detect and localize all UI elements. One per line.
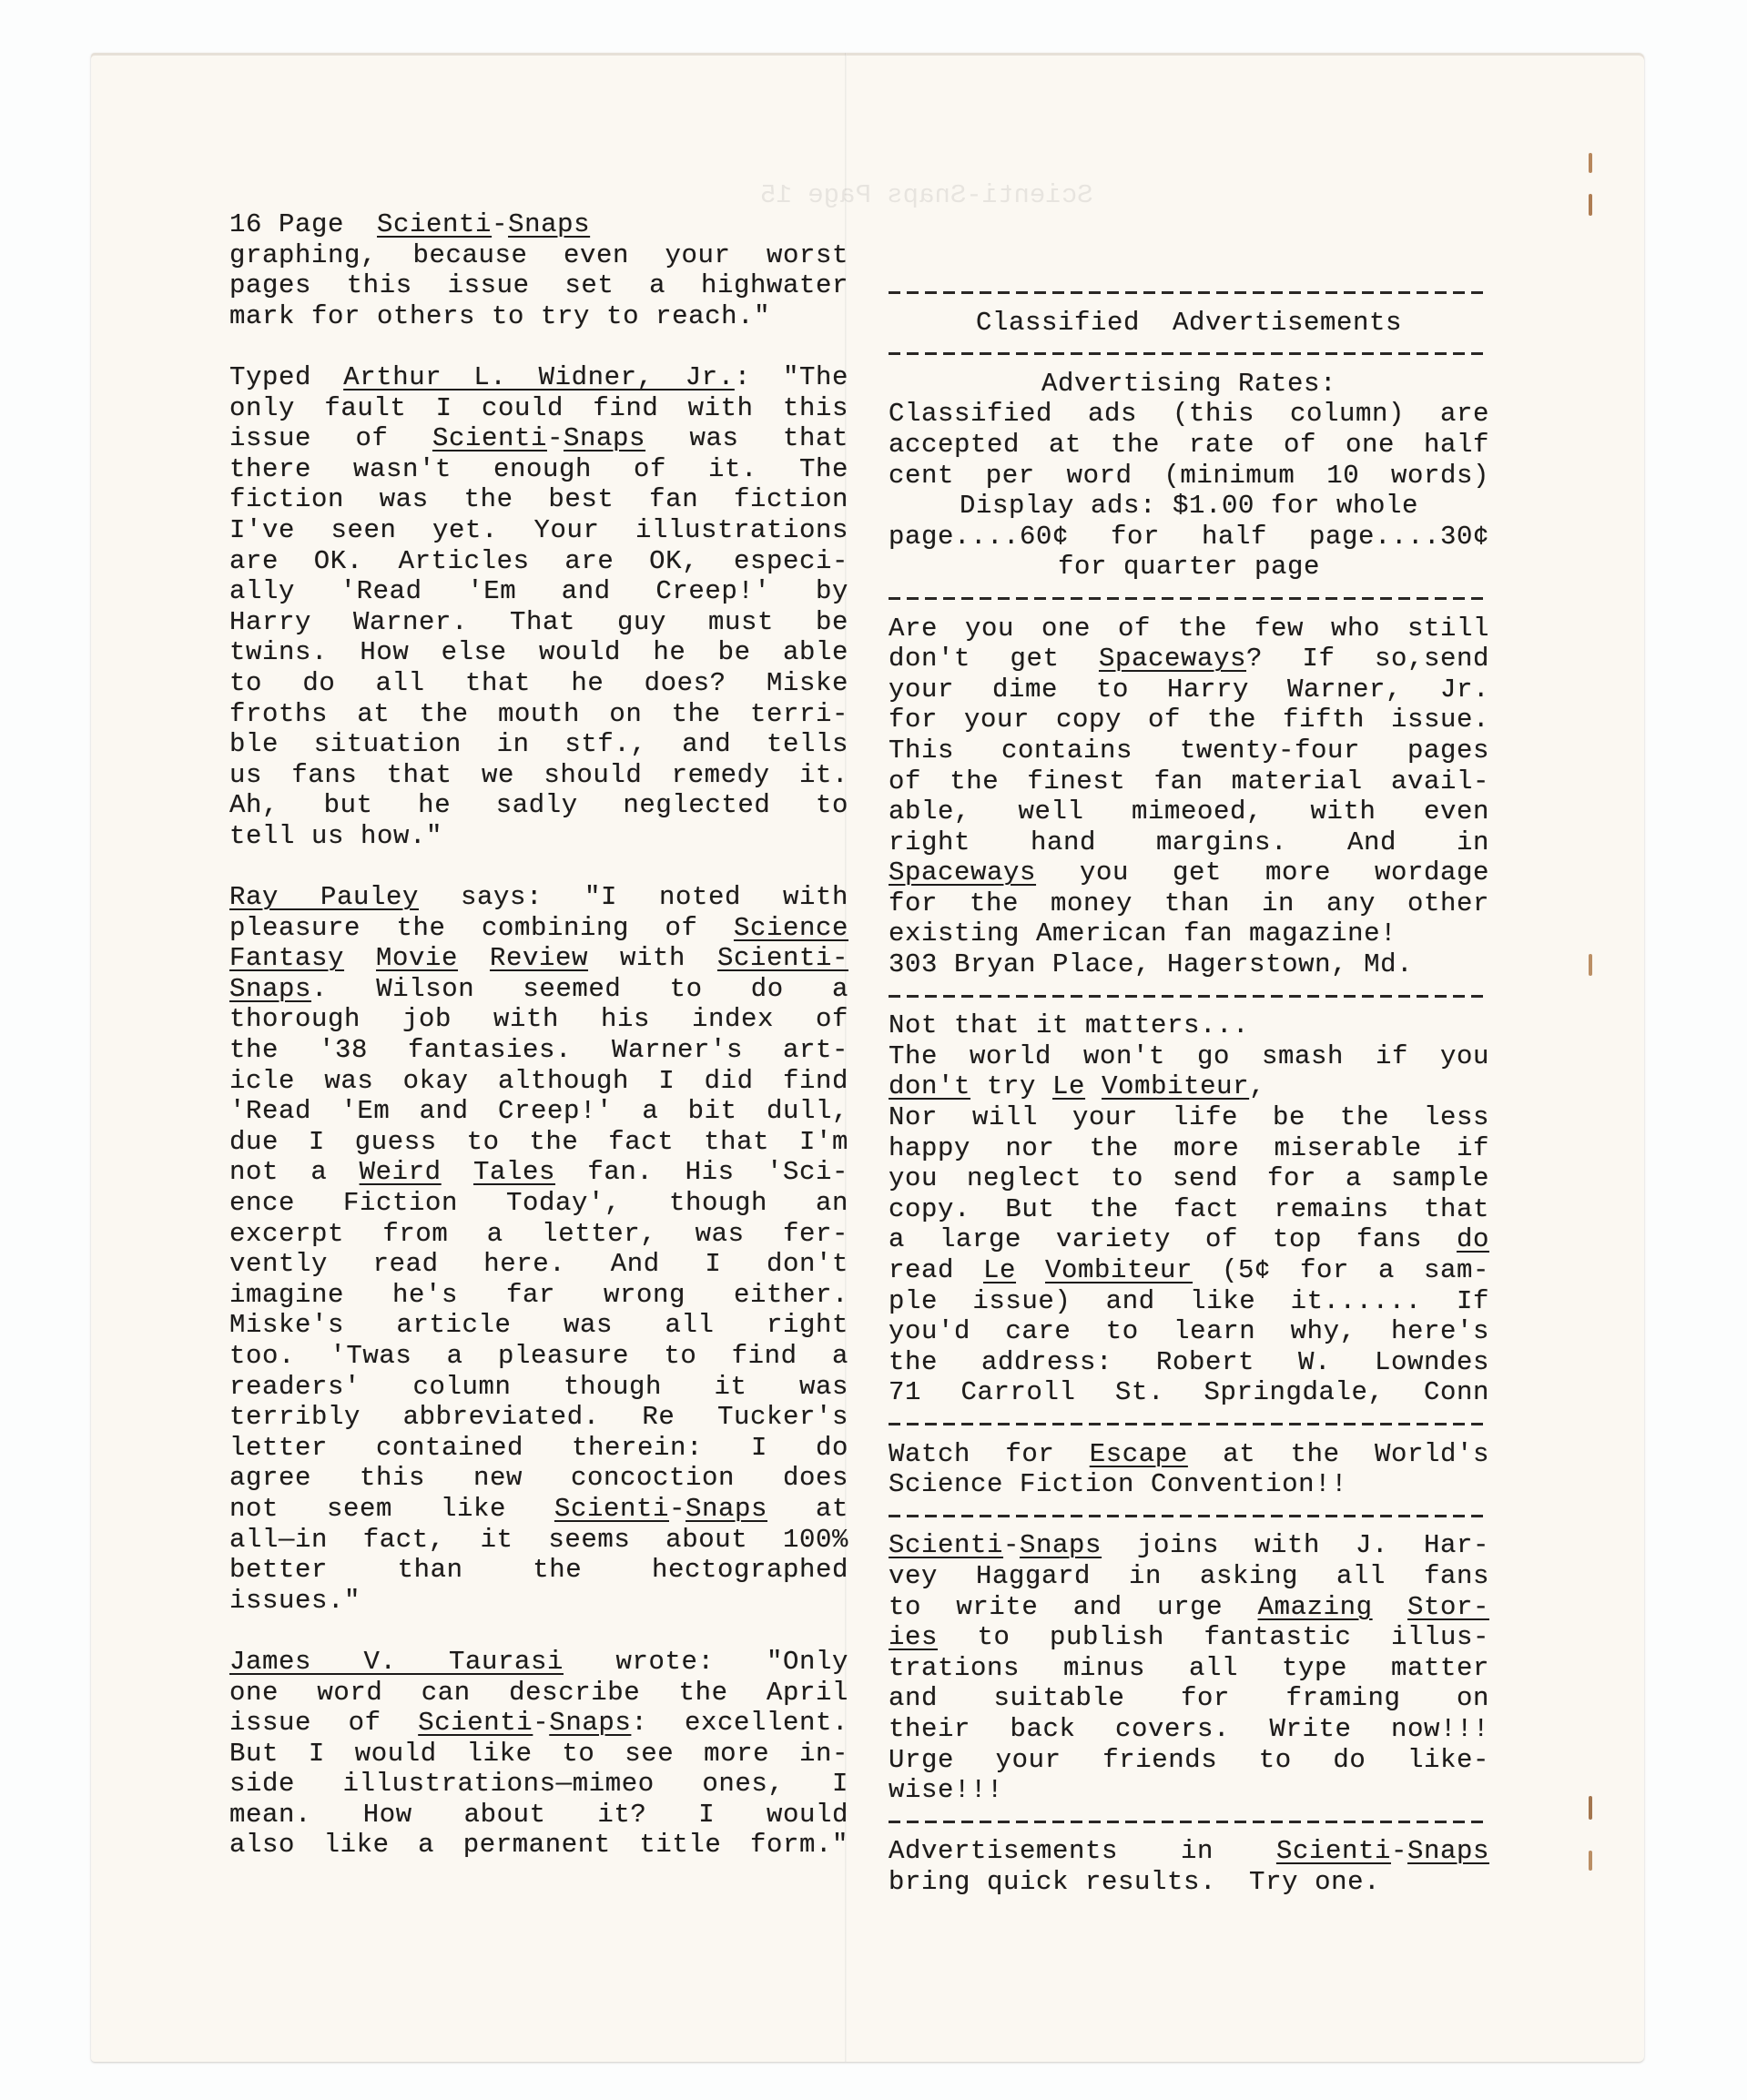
text-line: Classified Advertisements <box>889 308 1489 339</box>
text-line: one word can describe the April <box>229 1678 848 1709</box>
text-line: trations minus all type matter <box>889 1653 1489 1684</box>
text-line: Not that it matters... <box>889 1010 1489 1041</box>
underlined-title: Fantasy <box>229 943 344 973</box>
text-segment: trations minus all type matter <box>889 1653 1489 1683</box>
text-line: bring quick results. Try one. <box>889 1867 1489 1898</box>
dashed-divider <box>889 980 1489 1011</box>
text-segment: issue of <box>229 423 432 453</box>
text-segment: page....60¢ for half page....30¢ <box>889 522 1489 552</box>
underlined-title: Vombiteur <box>1045 1255 1193 1285</box>
text-segment: Classified Advertisements <box>976 308 1402 338</box>
text-line: of the finest fan material avail- <box>889 766 1489 797</box>
underlined-title: Le <box>983 1255 1016 1285</box>
text-segment: thorough job with his index of <box>229 1004 848 1034</box>
text-segment: mark for others to try to reach." <box>229 301 770 331</box>
text-line: ence Fiction Today', though an <box>229 1188 848 1219</box>
text-line: only fault I could find with this <box>229 393 848 424</box>
text-line: the '38 fantasies. Warner's art- <box>229 1035 848 1066</box>
text-segment: wrote: "Only <box>564 1647 848 1677</box>
text-segment: the '38 fantasies. Warner's art- <box>229 1035 848 1065</box>
text-segment: at the World's <box>1188 1439 1489 1469</box>
text-segment: ple issue) and like it...... If <box>889 1286 1489 1316</box>
text-line: Snaps. Wilson seemed to do a <box>229 974 848 1005</box>
text-segment: pleasure the combining of <box>229 913 734 943</box>
text-line: the address: Robert W. Lowndes <box>889 1347 1489 1378</box>
text-line: Classified ads (this column) are <box>889 399 1489 430</box>
underlined-title: Snaps <box>1020 1530 1102 1560</box>
text-segment <box>344 943 376 973</box>
text-segment: says: "I noted with <box>419 882 848 912</box>
underlined-title: Ray Pauley <box>229 882 419 912</box>
text-segment: - <box>669 1494 686 1524</box>
text-line: wise!!! <box>889 1775 1489 1806</box>
text-segment: pages this issue set a highwater <box>229 270 848 300</box>
text-line: issues." <box>229 1586 848 1617</box>
text-line: Display ads: $1.00 for whole <box>889 491 1489 522</box>
text-line: Watch for Escape at the World's <box>889 1439 1489 1470</box>
text-segment: right hand margins. And in <box>889 827 1489 857</box>
text-segment: joins with J. Har- <box>1102 1530 1489 1560</box>
text-line: issue of Scienti-Snaps was that <box>229 423 848 454</box>
text-segment: copy. But the fact remains that <box>889 1194 1489 1224</box>
text-segment: and suitable for framing on <box>889 1683 1489 1713</box>
text-segment: - <box>1003 1530 1020 1560</box>
text-segment: 16 Page <box>229 209 377 239</box>
text-segment: the address: Robert W. Lowndes <box>889 1347 1489 1377</box>
text-line: for quarter page <box>889 552 1489 583</box>
text-line: Harry Warner. That guy must be <box>229 607 848 638</box>
underlined-title: Snaps <box>508 209 590 239</box>
text-segment: Typed <box>229 362 343 392</box>
text-segment: , <box>1249 1071 1265 1101</box>
text-line: tell us how." <box>229 821 848 852</box>
text-segment: ble situation in stf., and tells <box>229 729 848 759</box>
text-line: ally 'Read 'Em and Creep!' by <box>229 576 848 607</box>
dashed-divider <box>889 1806 1489 1837</box>
staple-mark-top <box>1589 153 1592 173</box>
text-line: froths at the mouth on the terri- <box>229 699 848 730</box>
underlined-title: Weird <box>360 1157 442 1187</box>
text-segment: icle was okay although I did find <box>229 1066 848 1096</box>
text-line: to do all that he does? Miske <box>229 668 848 699</box>
text-segment: Harry Warner. That guy must be <box>229 607 848 637</box>
text-segment: with <box>588 943 717 973</box>
text-segment: cent per word (minimum 10 words) <box>889 461 1489 491</box>
text-segment: don't get <box>889 644 1099 674</box>
text-line: 303 Bryan Place, Hagerstown, Md. <box>889 949 1489 980</box>
text-segment: accepted at the rate of one half <box>889 430 1489 460</box>
text-line: Nor will your life be the less <box>889 1102 1489 1133</box>
text-line: you neglect to send for a sample <box>889 1163 1489 1194</box>
underlined-title: Arthur L. Widner, Jr. <box>343 362 735 392</box>
text-segment: Display ads: $1.00 for whole <box>960 491 1418 521</box>
text-line: Are you one of the few who still <box>889 614 1489 644</box>
underlined-title: James V. Taurasi <box>229 1647 564 1677</box>
text-line: are OK. Articles are OK, especi- <box>229 546 848 577</box>
text-line: thorough job with his index of <box>229 1004 848 1035</box>
underlined-title: Snaps <box>564 423 645 453</box>
text-line: also like a permanent title form." <box>229 1830 848 1861</box>
underlined-title: do <box>1457 1224 1489 1254</box>
underlined-title: Movie <box>376 943 458 973</box>
text-segment: at <box>767 1494 848 1524</box>
text-segment: you get more wordage <box>1036 857 1489 888</box>
text-segment: Not that it matters... <box>889 1010 1249 1040</box>
text-line: ple issue) and like it...... If <box>889 1286 1489 1317</box>
text-line: 'Read 'Em and Creep!' a bit dull, <box>229 1096 848 1127</box>
text-line: excerpt from a letter, was fer- <box>229 1219 848 1250</box>
underlined-title: Science <box>734 913 848 943</box>
text-line: twins. How else would he be able <box>229 637 848 668</box>
text-segment: Watch for <box>889 1439 1090 1469</box>
text-line: imagine he's far wrong either. <box>229 1280 848 1311</box>
text-segment <box>442 1157 473 1187</box>
underlined-title: Scienti- <box>717 943 848 973</box>
text-segment: issue of <box>229 1708 418 1738</box>
text-line: mark for others to try to reach." <box>229 301 848 332</box>
text-line: copy. But the fact remains that <box>889 1194 1489 1225</box>
show-through-text: Scienti-Snaps Page 15 <box>760 180 1092 210</box>
text-line: James V. Taurasi wrote: "Only <box>229 1647 848 1678</box>
text-line: terribly abbreviated. Re Tucker's <box>229 1402 848 1433</box>
text-segment: twins. How else would he be able <box>229 637 848 667</box>
underlined-title: ies <box>889 1622 938 1652</box>
text-line: you'd care to learn why, here's <box>889 1316 1489 1347</box>
text-segment: fiction was the best fan fiction <box>229 484 848 514</box>
text-segment: their back covers. Write now!!! <box>889 1714 1489 1744</box>
text-segment: Advertisements in <box>889 1836 1276 1866</box>
text-line: a large variety of top fans do <box>889 1224 1489 1255</box>
text-line: for your copy of the fifth issue. <box>889 705 1489 736</box>
text-segment: . Wilson seemed to do a <box>311 974 848 1004</box>
staple-mark-mid <box>1589 954 1592 976</box>
text-segment: terribly abbreviated. Re Tucker's <box>229 1402 848 1432</box>
text-line: Ray Pauley says: "I noted with <box>229 882 848 913</box>
underlined-title: Scienti <box>889 1530 1003 1560</box>
text-segment: you'd care to learn why, here's <box>889 1316 1489 1346</box>
underlined-title: Scienti <box>418 1708 533 1738</box>
text-line: happy nor the more miserable if <box>889 1133 1489 1164</box>
text-line: us fans that we should remedy it. <box>229 760 848 791</box>
paragraph-break <box>229 851 848 882</box>
text-line: not a Weird Tales fan. His 'Sci- <box>229 1157 848 1188</box>
text-segment: to publish fantastic illus- <box>938 1622 1489 1652</box>
underlined-title: Scienti <box>1276 1836 1391 1866</box>
text-line: Miske's article was all right <box>229 1310 848 1341</box>
text-segment: try <box>970 1071 1052 1101</box>
text-segment: your dime to Harry Warner, Jr. <box>889 675 1489 705</box>
underlined-title: Snaps <box>229 974 311 1004</box>
paragraph-break <box>229 331 848 362</box>
text-segment: graphing, because even your worst <box>229 240 848 270</box>
text-segment: readers' column though it was <box>229 1372 848 1402</box>
text-segment: letter contained therein: I do <box>229 1433 848 1463</box>
text-segment <box>458 943 490 973</box>
text-line: Spaceways you get more wordage <box>889 857 1489 888</box>
text-segment: are OK. Articles are OK, especi- <box>229 546 848 576</box>
text-segment: all—in fact, it seems about 100% <box>229 1525 848 1555</box>
text-segment: to do all that he does? Miske <box>229 668 848 698</box>
text-segment: due I guess to the fact that I'm <box>229 1127 848 1157</box>
text-line: page....60¢ for half page....30¢ <box>889 522 1489 553</box>
text-line: vently read here. And I don't <box>229 1249 848 1280</box>
underlined-title: Review <box>490 943 588 973</box>
underlined-title: Amazing <box>1258 1592 1373 1622</box>
text-segment: - <box>492 209 508 239</box>
text-segment: mean. How about it? I would <box>229 1800 848 1830</box>
text-line: and suitable for framing on <box>889 1683 1489 1714</box>
text-segment: too. 'Twas a pleasure to find a <box>229 1341 848 1371</box>
text-segment: able, well mimeoed, with even <box>889 796 1489 827</box>
text-segment: ? If so,send <box>1246 644 1489 674</box>
text-line: cent per word (minimum 10 words) <box>889 461 1489 492</box>
text-segment: Science Fiction Convention!! <box>889 1469 1347 1499</box>
text-segment: agree this new concoction does <box>229 1463 848 1493</box>
text-segment: 71 Carroll St. Springdale, Conn <box>889 1377 1489 1407</box>
text-line: side illustrations—mimeo ones, I <box>229 1769 848 1800</box>
dashed-divider <box>889 277 1489 308</box>
text-segment: Classified ads (this column) are <box>889 399 1489 429</box>
text-segment: better than the hectographed <box>229 1555 848 1585</box>
text-line: 71 Carroll St. Springdale, Conn <box>889 1377 1489 1408</box>
text-line: The world won't go smash if you <box>889 1041 1489 1072</box>
text-segment: you neglect to send for a sample <box>889 1163 1489 1193</box>
text-line: better than the hectographed <box>229 1555 848 1586</box>
underlined-title: Spaceways <box>889 857 1036 888</box>
text-segment: fan. His 'Sci- <box>555 1157 848 1187</box>
text-segment: not seem like <box>229 1494 554 1524</box>
dashed-divider <box>889 1500 1489 1531</box>
text-line: Scienti-Snaps joins with J. Har- <box>889 1530 1489 1561</box>
text-segment: Nor will your life be the less <box>889 1102 1489 1132</box>
text-segment: But I would like to see more in- <box>229 1739 848 1769</box>
text-segment: not a <box>229 1157 360 1187</box>
text-segment: there wasn't enough of it. The <box>229 454 848 484</box>
text-segment: ally 'Read 'Em and Creep!' by <box>229 576 848 606</box>
text-segment: Are you one of the few who still <box>889 614 1489 644</box>
text-segment: tell us how." <box>229 821 442 851</box>
underlined-title: Scienti <box>432 423 547 453</box>
text-line: accepted at the rate of one half <box>889 430 1489 461</box>
text-segment: ence Fiction Today', though an <box>229 1188 848 1218</box>
staple-mark-top-2 <box>1589 194 1592 216</box>
underlined-title: Scienti <box>377 209 492 239</box>
underlined-title: Spaceways <box>1099 644 1246 674</box>
dashed-divider <box>889 1408 1489 1439</box>
text-segment <box>1373 1592 1407 1622</box>
text-line: their back covers. Write now!!! <box>889 1714 1489 1745</box>
text-segment: - <box>547 423 564 453</box>
text-line: pleasure the combining of Science <box>229 913 848 944</box>
text-segment: existing American fan magazine! <box>889 918 1397 949</box>
text-segment: us fans that we should remedy it. <box>229 760 848 790</box>
text-line: read Le Vombiteur (5¢ for a sam- <box>889 1255 1489 1286</box>
zine-page: Scienti-Snaps Page 15 16 Page Scienti-Sn… <box>91 53 1644 2062</box>
text-line: Typed Arthur L. Widner, Jr.: "The <box>229 362 848 393</box>
text-segment: I've seen yet. Your illustrations <box>229 515 848 545</box>
text-segment: only fault I could find with this <box>229 393 848 423</box>
text-line: Advertisements in Scienti-Snaps <box>889 1836 1489 1867</box>
text-segment: also like a permanent title form." <box>229 1830 848 1860</box>
text-line: But I would like to see more in- <box>229 1739 848 1770</box>
underlined-title: don't <box>889 1071 970 1101</box>
text-segment: 'Read 'Em and Creep!' a bit dull, <box>229 1096 848 1126</box>
text-line: Fantasy Movie Review with Scienti- <box>229 943 848 974</box>
text-segment: bring quick results. Try one. <box>889 1867 1380 1897</box>
text-line: mean. How about it? I would <box>229 1800 848 1831</box>
text-line: This contains twenty-four pages <box>889 736 1489 766</box>
text-segment: wise!!! <box>889 1775 1003 1805</box>
text-segment: a large variety of top fans <box>889 1224 1457 1254</box>
text-line: there wasn't enough of it. The <box>229 454 848 485</box>
text-segment: Ah, but he sadly neglected to <box>229 790 848 820</box>
text-line: Ah, but he sadly neglected to <box>229 790 848 821</box>
text-segment: imagine he's far wrong either. <box>229 1280 848 1310</box>
text-segment: : excellent. <box>631 1708 848 1738</box>
text-line: vey Haggard in asking all fans <box>889 1561 1489 1592</box>
text-line: don't get Spaceways? If so,send <box>889 644 1489 675</box>
text-segment: vently read here. And I don't <box>229 1249 848 1279</box>
text-line: letter contained therein: I do <box>229 1433 848 1464</box>
text-segment: This contains twenty-four pages <box>889 736 1489 766</box>
underlined-title: Le <box>1052 1071 1085 1101</box>
underlined-title: Snaps <box>686 1494 767 1524</box>
text-line: right hand margins. And in <box>889 827 1489 858</box>
text-segment: issues." <box>229 1586 361 1616</box>
underlined-title: Tales <box>473 1157 555 1187</box>
text-line: ies to publish fantastic illus- <box>889 1622 1489 1653</box>
page-header: 16 Page Scienti-Snaps <box>229 209 848 240</box>
text-segment: of the finest fan material avail- <box>889 766 1489 796</box>
text-segment: was that <box>645 423 848 453</box>
text-line: Advertising Rates: <box>889 369 1489 400</box>
underlined-title: Vombiteur <box>1102 1071 1249 1101</box>
text-segment: froths at the mouth on the terri- <box>229 699 848 729</box>
text-segment: : "The <box>735 362 848 392</box>
text-segment <box>1016 1255 1045 1285</box>
text-line: graphing, because even your worst <box>229 240 848 271</box>
text-line: icle was okay although I did find <box>229 1066 848 1097</box>
dashed-divider <box>889 583 1489 614</box>
text-segment: Advertising Rates: <box>1041 369 1336 399</box>
underlined-title: Snaps <box>549 1708 631 1738</box>
underlined-title: Escape <box>1090 1439 1188 1469</box>
text-segment: 303 Bryan Place, Hagerstown, Md. <box>889 949 1413 979</box>
underlined-title: Snaps <box>1407 1836 1489 1866</box>
text-line: not seem like Scienti-Snaps at <box>229 1494 848 1525</box>
text-segment: read <box>889 1255 983 1285</box>
dashed-divider <box>889 338 1489 369</box>
text-segment: Miske's article was all right <box>229 1310 848 1340</box>
text-segment: one word can describe the April <box>229 1678 848 1708</box>
text-segment: happy nor the more miserable if <box>889 1133 1489 1163</box>
text-line: agree this new concoction does <box>229 1463 848 1494</box>
text-line: don't try Le Vombiteur, <box>889 1071 1489 1102</box>
text-segment: side illustrations—mimeo ones, I <box>229 1769 848 1799</box>
text-segment: for the money than in any other <box>889 888 1489 918</box>
text-line: issue of Scienti-Snaps: excellent. <box>229 1708 848 1739</box>
text-segment: to write and urge <box>889 1592 1258 1622</box>
text-line: Urge your friends to do like- <box>889 1745 1489 1776</box>
text-line: able, well mimeoed, with even <box>889 796 1489 827</box>
text-line: too. 'Twas a pleasure to find a <box>229 1341 848 1372</box>
text-segment: vey Haggard in asking all fans <box>889 1561 1489 1591</box>
text-line: Science Fiction Convention!! <box>889 1469 1489 1500</box>
text-segment: Urge your friends to do like- <box>889 1745 1489 1775</box>
text-segment: - <box>533 1708 549 1738</box>
text-segment: for quarter page <box>1058 552 1320 582</box>
classified-ads-column: Classified AdvertisementsAdvertising Rat… <box>889 277 1489 1897</box>
text-segment: The world won't go smash if you <box>889 1041 1489 1071</box>
text-line: your dime to Harry Warner, Jr. <box>889 675 1489 705</box>
text-line: existing American fan magazine! <box>889 918 1489 949</box>
text-line: to write and urge Amazing Stor- <box>889 1592 1489 1623</box>
text-line: readers' column though it was <box>229 1372 848 1403</box>
underlined-title: Stor- <box>1407 1592 1489 1622</box>
text-segment: excerpt from a letter, was fer- <box>229 1219 848 1249</box>
text-line: ble situation in stf., and tells <box>229 729 848 760</box>
text-segment: for your copy of the fifth issue. <box>889 705 1489 735</box>
text-line: pages this issue set a highwater <box>229 270 848 301</box>
staple-mark-bottom <box>1589 1796 1592 1820</box>
text-line: fiction was the best fan fiction <box>229 484 848 515</box>
text-line: for the money than in any other <box>889 888 1489 919</box>
text-line: I've seen yet. Your illustrations <box>229 515 848 546</box>
letters-column: 16 Page Scienti-Snapsgraphing, because e… <box>229 209 848 1861</box>
underlined-title: Scienti <box>554 1494 669 1524</box>
staple-mark-bottom-2 <box>1589 1851 1592 1871</box>
text-line: all—in fact, it seems about 100% <box>229 1525 848 1556</box>
text-line: due I guess to the fact that I'm <box>229 1127 848 1158</box>
text-segment: (5¢ for a sam- <box>1193 1255 1489 1285</box>
text-segment: - <box>1391 1836 1407 1866</box>
paragraph-break <box>229 1616 848 1647</box>
text-segment <box>1085 1071 1102 1101</box>
